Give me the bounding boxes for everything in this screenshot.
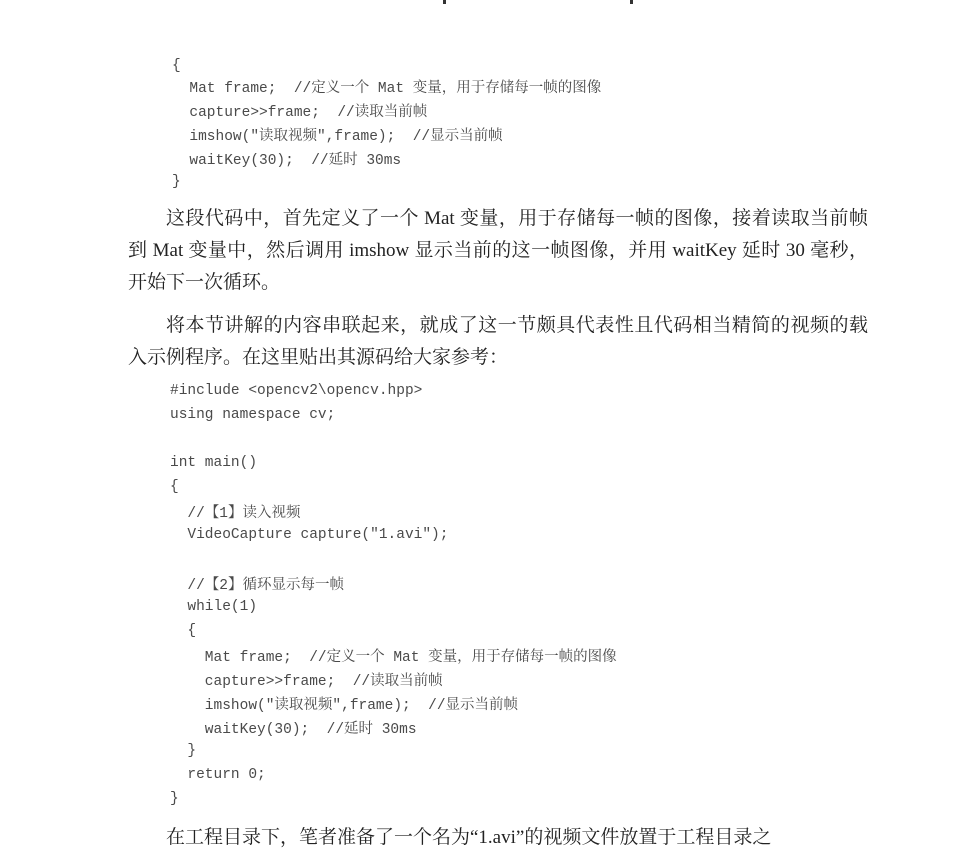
code-line: using namespace cv; — [170, 407, 335, 423]
code-line: Mat frame; //定义一个 Mat 变量，用于存储每一帧的图像 — [170, 645, 617, 666]
code-line: capture>>frame; //读取当前帧 — [172, 100, 427, 121]
code-line: while(1) — [170, 599, 257, 615]
code-line: { — [170, 623, 196, 639]
code-line: waitKey(30); //延时 30ms — [172, 148, 401, 169]
code-line: int main() — [170, 455, 257, 471]
code-line: VideoCapture capture("1.avi"); — [170, 527, 448, 543]
code-line: } — [170, 791, 179, 807]
top-clipped-glyph — [630, 0, 633, 4]
code-line: } — [170, 743, 196, 759]
paragraph-explanation: 这段代码中，首先定义了一个 Mat 变量，用于存储每一帧的图像，接着读取当前帧到… — [128, 203, 868, 299]
code-line: imshow("读取视频",frame); //显示当前帧 — [172, 124, 503, 145]
code-line: //【2】循环显示每一帧 — [170, 573, 344, 594]
code-line: } — [172, 174, 181, 190]
code-line: Mat frame; //定义一个 Mat 变量，用于存储每一帧的图像 — [172, 76, 601, 97]
paragraph-project-directory: 在工程目录下，笔者准备了一个名为“1.avi”的视频文件放置于工程目录之 — [128, 822, 868, 854]
code-block-full-program: #include <opencv2\opencv.hpp> using name… — [170, 383, 205, 703]
code-block-loop-body: { Mat frame; //定义一个 Mat 变量，用于存储每一帧的图像 ca… — [172, 58, 207, 186]
document-page: { Mat frame; //定义一个 Mat 变量，用于存储每一帧的图像 ca… — [0, 0, 971, 860]
code-line: capture>>frame; //读取当前帧 — [170, 669, 443, 690]
code-line: #include <opencv2\opencv.hpp> — [170, 383, 422, 399]
code-line: return 0; — [170, 767, 266, 783]
code-line: imshow("读取视频",frame); //显示当前帧 — [170, 693, 518, 714]
code-line: { — [172, 58, 181, 74]
code-line: waitKey(30); //延时 30ms — [170, 717, 417, 738]
paragraph-intro-source: 将本节讲解的内容串联起来，就成了这一节颇具代表性且代码相当精简的视频的载入示例程… — [128, 310, 868, 374]
top-clipped-glyph — [443, 0, 446, 4]
code-line: //【1】读入视频 — [170, 501, 301, 522]
code-line: { — [170, 479, 179, 495]
